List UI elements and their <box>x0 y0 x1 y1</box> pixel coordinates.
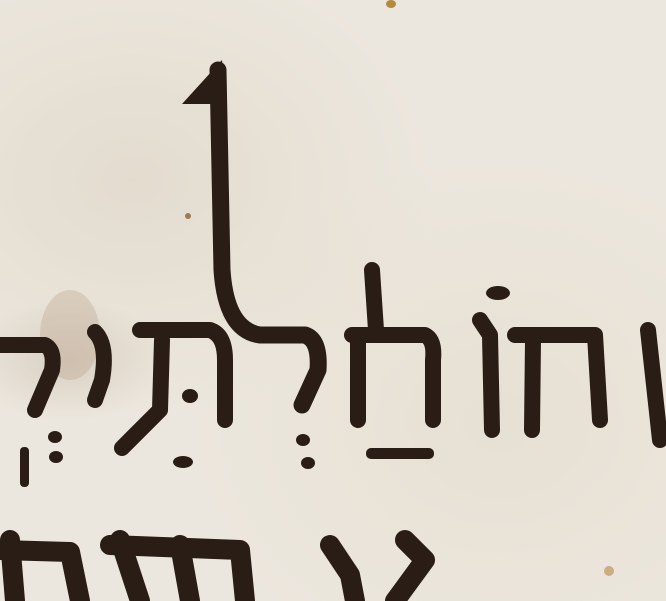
hebrew-script <box>0 0 666 601</box>
middle-line <box>0 270 660 448</box>
lamed-letter <box>182 60 318 405</box>
bottom-line <box>0 540 425 601</box>
manuscript-parchment: ותוחה לתיר עדתח <box>0 0 666 601</box>
